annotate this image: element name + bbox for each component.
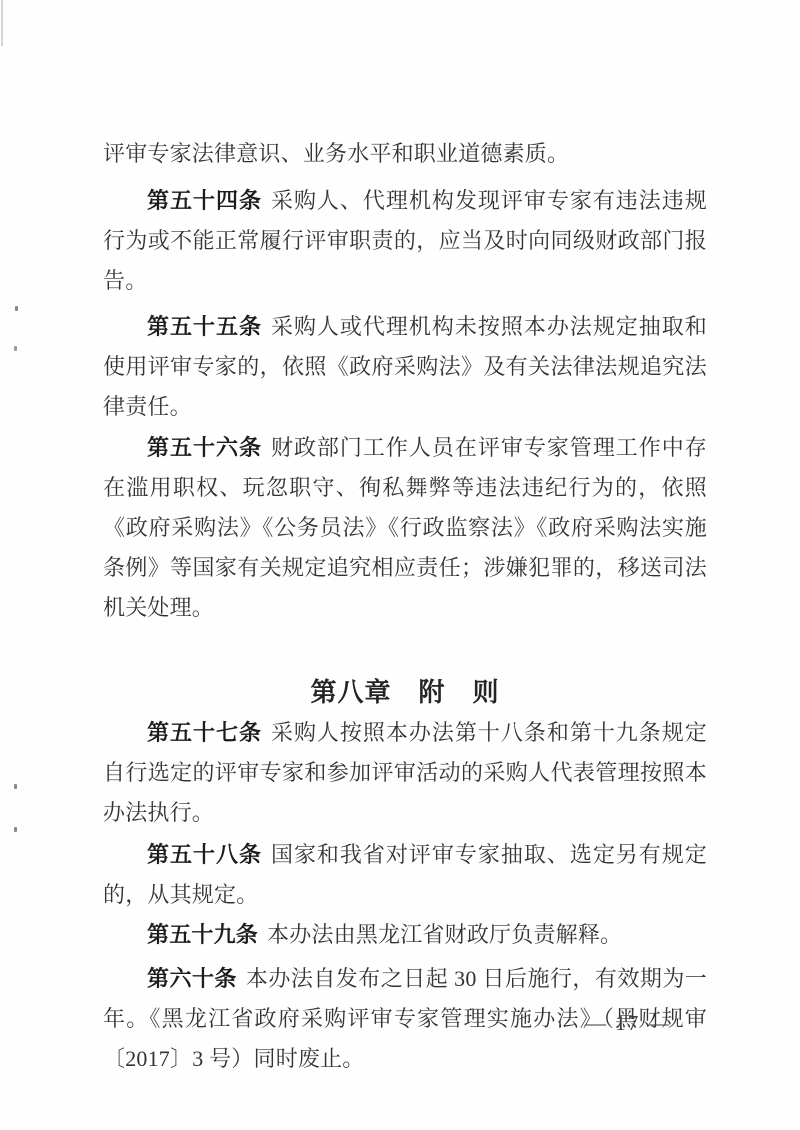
- article-number: 第六十条: [147, 966, 237, 991]
- article-56: 第五十六条财政部门工作人员在评审专家管理工作中存在滥用职权、玩忽职守、徇私舞弊等…: [103, 428, 707, 628]
- scan-speck: [15, 306, 18, 311]
- article-text: 财政部门工作人员在评审专家管理工作中存在滥用职权、玩忽职守、徇私舞弊等违法违纪行…: [103, 435, 707, 620]
- article-number: 第五十五条: [147, 314, 262, 339]
- article-54: 第五十四条采购人、代理机构发现评审专家有违法违规行为或不能正常履行评审职责的，应…: [103, 181, 707, 301]
- article-number: 第五十六条: [147, 435, 262, 460]
- document-page: 评审专家法律意识、业务水平和职业道德素质。 第五十四条采购人、代理机构发现评审专…: [0, 0, 800, 1130]
- article-number: 第五十八条: [147, 842, 262, 867]
- article-58: 第五十八条国家和我省对评审专家抽取、选定另有规定的，从其规定。: [103, 835, 707, 915]
- article-text: 本办法由黑龙江省财政厅负责解释。: [267, 922, 622, 947]
- paragraph-text: 评审专家法律意识、业务水平和职业道德素质。: [103, 141, 569, 166]
- article-number: 第五十七条: [147, 720, 262, 745]
- article-number: 第五十四条: [147, 188, 262, 213]
- paragraph-continuation: 评审专家法律意识、业务水平和职业道德素质。: [103, 134, 707, 174]
- article-59: 第五十九条本办法由黑龙江省财政厅负责解释。: [103, 915, 707, 955]
- chapter-heading: 第八章 附 则: [103, 673, 707, 713]
- article-number: 第五十九条: [147, 922, 258, 947]
- scan-speck: [14, 827, 17, 832]
- scan-speck: [14, 784, 17, 789]
- scan-edge-artifact: [1, 0, 3, 46]
- article-55: 第五十五条采购人或代理机构未按照本办法规定抽取和使用评审专家的，依照《政府采购法…: [103, 307, 707, 427]
- document-text-block: 评审专家法律意识、业务水平和职业道德素质。 第五十四条采购人、代理机构发现评审专…: [103, 134, 707, 1079]
- article-57: 第五十七条采购人按照本办法第十八条和第十九条规定自行选定的评审专家和参加评审活动…: [103, 713, 707, 833]
- scan-speck: [14, 346, 17, 351]
- page-number: — 17 —: [585, 1008, 671, 1038]
